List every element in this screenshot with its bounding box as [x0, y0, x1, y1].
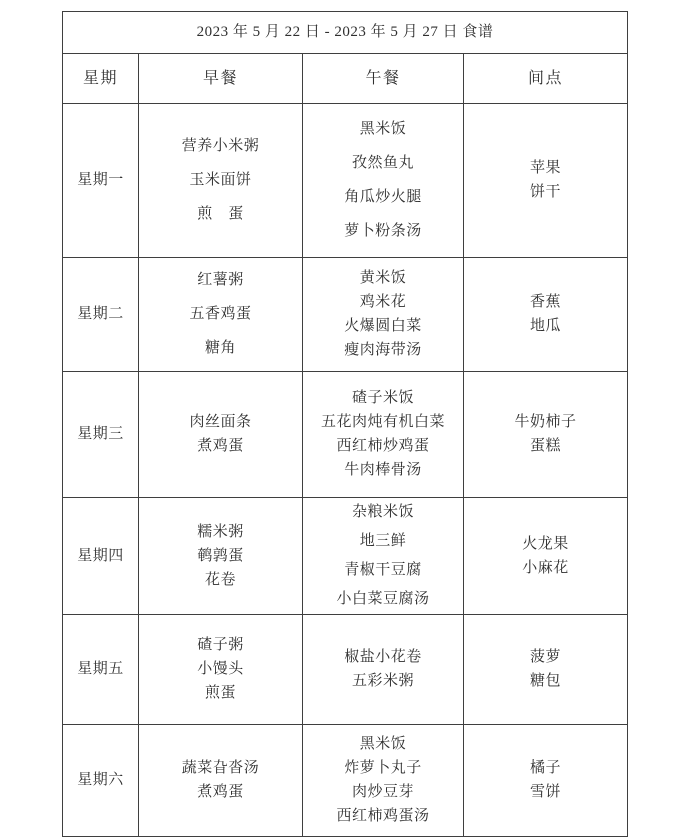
- meal-item: 营养小米粥: [139, 130, 302, 164]
- breakfast-cell: 红薯粥五香鸡蛋糖角: [139, 258, 303, 372]
- snack-cell: 菠萝糖包: [464, 615, 628, 725]
- meal-item: 小麻花: [464, 556, 627, 580]
- column-header-breakfast: 早餐: [139, 54, 303, 104]
- document-page: 2023 年 5 月 22 日 - 2023 年 5 月 27 日 食谱 星期 …: [0, 0, 700, 826]
- meal-item: 青椒干豆腐: [303, 556, 463, 585]
- meal-item: 饼干: [464, 181, 627, 205]
- day-cell: 星期四: [63, 498, 139, 615]
- meal-item: 杂粮米饭: [303, 498, 463, 527]
- meal-item: 糯米粥: [139, 520, 302, 544]
- meal-item: 蛋糕: [464, 435, 627, 459]
- meal-item: 黑米饭: [303, 733, 463, 757]
- day-cell: 星期六: [63, 725, 139, 837]
- meal-item: 火爆圆白菜: [303, 315, 463, 339]
- meal-item: 小馒头: [139, 658, 302, 682]
- lunch-cell: 黑米饭孜然鱼丸角瓜炒火腿萝卜粉条汤: [303, 104, 464, 258]
- breakfast-cell: 蔬菜旮沓汤煮鸡蛋: [139, 725, 303, 837]
- meal-item: 肉丝面条: [139, 411, 302, 435]
- meal-item: 五彩米粥: [303, 670, 463, 694]
- meal-item: 煮鸡蛋: [139, 435, 302, 459]
- meal-item: 菠萝: [464, 646, 627, 670]
- meal-item: 花卷: [139, 568, 302, 592]
- meal-item: 瘦肉海带汤: [303, 339, 463, 363]
- meal-item: 西红柿鸡蛋汤: [303, 805, 463, 829]
- meal-item: 香蕉: [464, 291, 627, 315]
- lunch-cell: 椒盐小花卷五彩米粥: [303, 615, 464, 725]
- breakfast-cell: 糯米粥鹌鹑蛋花卷: [139, 498, 303, 615]
- breakfast-cell: 肉丝面条煮鸡蛋: [139, 372, 303, 498]
- menu-table: 2023 年 5 月 22 日 - 2023 年 5 月 27 日 食谱 星期 …: [62, 11, 628, 837]
- table-row-thursday: 星期四 糯米粥鹌鹑蛋花卷 杂粮米饭地三鲜青椒干豆腐小白菜豆腐汤 火龙果小麻花: [63, 498, 628, 615]
- meal-item: 小白菜豆腐汤: [303, 585, 463, 614]
- lunch-cell: 杂粮米饭地三鲜青椒干豆腐小白菜豆腐汤: [303, 498, 464, 615]
- meal-item: 雪饼: [464, 781, 627, 805]
- meal-item: 炸萝卜丸子: [303, 757, 463, 781]
- meal-item: 橘子: [464, 757, 627, 781]
- snack-cell: 火龙果小麻花: [464, 498, 628, 615]
- meal-item: 蔬菜旮沓汤: [139, 757, 302, 781]
- table-row-wednesday: 星期三 肉丝面条煮鸡蛋 碴子米饭五花肉炖有机白菜西红柿炒鸡蛋牛肉棒骨汤 牛奶柿子…: [63, 372, 628, 498]
- breakfast-cell: 碴子粥小馒头煎蛋: [139, 615, 303, 725]
- meal-item: 鸡米花: [303, 291, 463, 315]
- column-header-day: 星期: [63, 54, 139, 104]
- meal-item: 碴子粥: [139, 634, 302, 658]
- meal-item: 牛奶柿子: [464, 411, 627, 435]
- meal-item: 肉炒豆芽: [303, 781, 463, 805]
- meal-item: 玉米面饼: [139, 164, 302, 198]
- meal-item: 角瓜炒火腿: [303, 181, 463, 215]
- lunch-cell: 碴子米饭五花肉炖有机白菜西红柿炒鸡蛋牛肉棒骨汤: [303, 372, 464, 498]
- column-header-snack: 间点: [464, 54, 628, 104]
- meal-item: 西红柿炒鸡蛋: [303, 435, 463, 459]
- title-row: 2023 年 5 月 22 日 - 2023 年 5 月 27 日 食谱: [63, 12, 628, 54]
- lunch-cell: 黑米饭炸萝卜丸子肉炒豆芽西红柿鸡蛋汤: [303, 725, 464, 837]
- day-cell: 星期二: [63, 258, 139, 372]
- meal-item: 糖角: [139, 332, 302, 366]
- meal-item: 椒盐小花卷: [303, 646, 463, 670]
- meal-item: 红薯粥: [139, 264, 302, 298]
- snack-cell: 橘子雪饼: [464, 725, 628, 837]
- meal-item: 碴子米饭: [303, 387, 463, 411]
- snack-cell: 苹果饼干: [464, 104, 628, 258]
- meal-item: 五花肉炖有机白菜: [303, 411, 463, 435]
- table-row-saturday: 星期六 蔬菜旮沓汤煮鸡蛋 黑米饭炸萝卜丸子肉炒豆芽西红柿鸡蛋汤 橘子雪饼: [63, 725, 628, 837]
- meal-item: 苹果: [464, 157, 627, 181]
- meal-item: 萝卜粉条汤: [303, 215, 463, 249]
- table-row-monday: 星期一 营养小米粥玉米面饼煎 蛋 黑米饭孜然鱼丸角瓜炒火腿萝卜粉条汤 苹果饼干: [63, 104, 628, 258]
- header-row: 星期 早餐 午餐 间点: [63, 54, 628, 104]
- meal-item: 鹌鹑蛋: [139, 544, 302, 568]
- meal-item: 煎 蛋: [139, 198, 302, 232]
- day-cell: 星期五: [63, 615, 139, 725]
- breakfast-cell: 营养小米粥玉米面饼煎 蛋: [139, 104, 303, 258]
- column-header-lunch: 午餐: [303, 54, 464, 104]
- menu-title: 2023 年 5 月 22 日 - 2023 年 5 月 27 日 食谱: [63, 12, 628, 54]
- lunch-cell: 黄米饭鸡米花火爆圆白菜瘦肉海带汤: [303, 258, 464, 372]
- day-cell: 星期一: [63, 104, 139, 258]
- meal-item: 地瓜: [464, 315, 627, 339]
- meal-item: 孜然鱼丸: [303, 147, 463, 181]
- table-row-tuesday: 星期二 红薯粥五香鸡蛋糖角 黄米饭鸡米花火爆圆白菜瘦肉海带汤 香蕉地瓜: [63, 258, 628, 372]
- meal-item: 煎蛋: [139, 682, 302, 706]
- meal-item: 地三鲜: [303, 527, 463, 556]
- meal-item: 牛肉棒骨汤: [303, 459, 463, 483]
- meal-item: 火龙果: [464, 532, 627, 556]
- meal-item: 黄米饭: [303, 267, 463, 291]
- meal-item: 糖包: [464, 670, 627, 694]
- snack-cell: 牛奶柿子蛋糕: [464, 372, 628, 498]
- meal-item: 黑米饭: [303, 113, 463, 147]
- meal-item: 五香鸡蛋: [139, 298, 302, 332]
- table-row-friday: 星期五 碴子粥小馒头煎蛋 椒盐小花卷五彩米粥 菠萝糖包: [63, 615, 628, 725]
- snack-cell: 香蕉地瓜: [464, 258, 628, 372]
- day-cell: 星期三: [63, 372, 139, 498]
- meal-item: 煮鸡蛋: [139, 781, 302, 805]
